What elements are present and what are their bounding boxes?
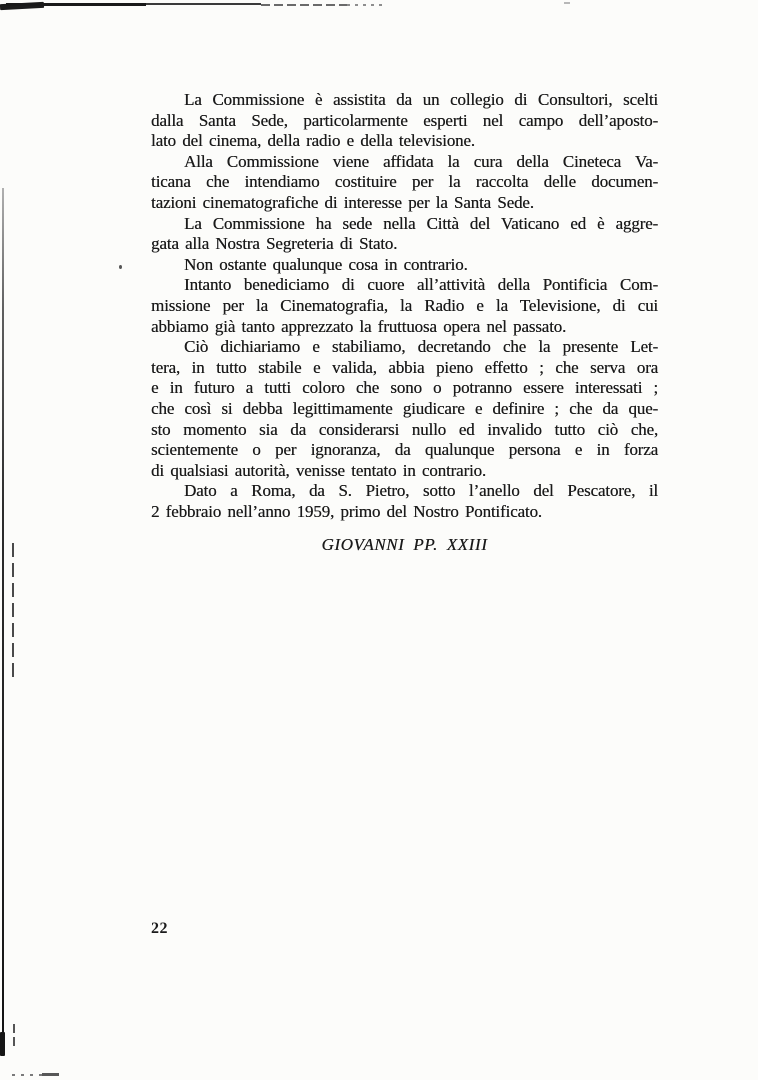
text-line: tera, in tutto stabile e valida, abbia p… <box>151 358 658 379</box>
text-line: La Commissione ha sede nella Città del V… <box>151 214 658 235</box>
text-line: Dato a Roma, da S. Pietro, sotto l’anell… <box>151 481 658 502</box>
text-line: gata alla Nostra Segreteria di Stato. <box>151 234 658 255</box>
paragraph: Non ostante qualunque cosa in contrario. <box>151 255 658 276</box>
text-line: ticana che intendiamo costituire per la … <box>151 172 658 193</box>
text-line: che così si debba legittimamente giudica… <box>151 399 658 420</box>
text-line: e in futuro a tutti coloro che sono o po… <box>151 378 658 399</box>
scan-artifact-top-line-medium <box>146 3 261 5</box>
text-line: missione per la Cinematografia, la Radio… <box>151 296 658 317</box>
paragraph: Intanto benediciamo di cuore all’attivit… <box>151 275 658 337</box>
paragraph: Ciò dichiariamo e stabiliamo, decretando… <box>151 337 658 481</box>
text-line: Non ostante qualunque cosa in contrario. <box>151 255 658 276</box>
text-line: scientemente o per ignoranza, da qualunq… <box>151 440 658 461</box>
text-line: La Commissione è assistita da un collegi… <box>151 90 658 111</box>
text-line: tazioni cinematografiche di interesse pe… <box>151 193 658 214</box>
scan-artifact-left-edge-blob <box>0 1032 5 1056</box>
scan-artifact-left-dashed-line <box>12 543 14 677</box>
page: La Commissione è assistita da un collegi… <box>0 0 758 1080</box>
text-line: Ciò dichiariamo e stabiliamo, decretando… <box>151 337 658 358</box>
scan-artifact-top-line-dark <box>6 3 146 6</box>
paragraph: Alla Commissione viene affidata la cura … <box>151 152 658 214</box>
page-number: 22 <box>151 919 168 939</box>
text-line: lato del cinema, della radio e della tel… <box>151 131 658 152</box>
text-block: La Commissione è assistita da un collegi… <box>151 90 658 522</box>
scan-artifact-bottom-dash <box>42 1073 59 1076</box>
scan-artifact-bottom-dots <box>12 1074 42 1076</box>
text-line: di qualsiasi autorità, venisse tentato i… <box>151 461 658 482</box>
scan-artifact-top-line-dots <box>347 4 383 6</box>
scan-artifact-top-line-dashed <box>261 4 347 6</box>
text-line: abbiamo già tanto apprezzato la fruttuos… <box>151 317 658 338</box>
paragraph: La Commissione è assistita da un collegi… <box>151 90 658 152</box>
scan-artifact-top-speck <box>564 2 570 4</box>
signature: GIOVANNI PP. XXIII <box>151 535 658 556</box>
text-line: Intanto benediciamo di cuore all’attivit… <box>151 275 658 296</box>
text-line: 2 febbraio nell’anno 1959, primo del Nos… <box>151 502 658 523</box>
text-line: Alla Commissione viene affidata la cura … <box>151 152 658 173</box>
text-line: dalla Santa Sede, particolarmente espert… <box>151 111 658 132</box>
scan-artifact-left-edge-line <box>2 188 4 1056</box>
scan-artifact-left-dashed-line-2 <box>13 1024 15 1050</box>
scan-artifact-margin-dot <box>119 265 122 269</box>
paragraph: La Commissione ha sede nella Città del V… <box>151 214 658 255</box>
paragraph: Dato a Roma, da S. Pietro, sotto l’anell… <box>151 481 658 522</box>
text-line: sto momento sia da considerarsi nullo ed… <box>151 420 658 441</box>
